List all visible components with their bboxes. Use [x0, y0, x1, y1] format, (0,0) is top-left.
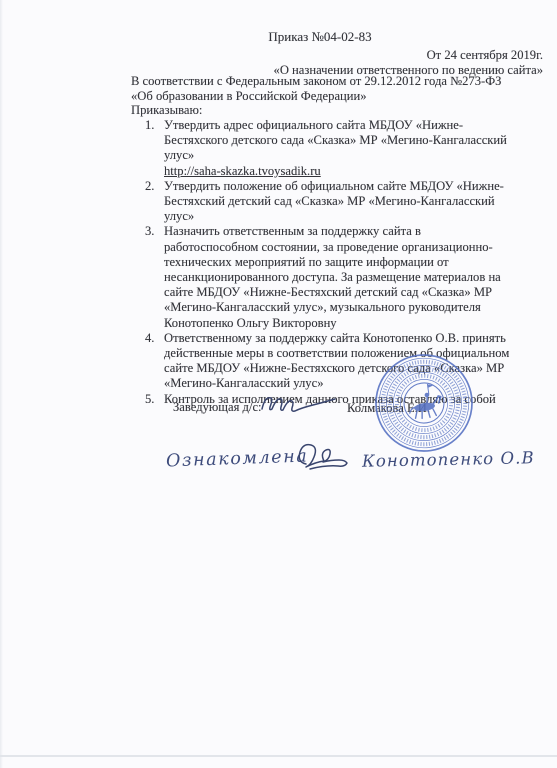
order-item: 3. Назначить ответственным за поддержку … [131, 224, 513, 330]
acknowledgement-signature [288, 438, 372, 482]
order-item-number: 4. [145, 331, 154, 346]
head-signature [256, 387, 338, 417]
order-item-text: Утвердить адрес официального сайта МБДОУ… [164, 118, 507, 162]
order-item-text: Утвердить положение об официальном сайте… [164, 179, 504, 223]
legal-basis-paragraph: В соответствии с Федеральным законом от … [131, 74, 519, 104]
order-item-number: 3. [145, 224, 154, 239]
order-item-text: Назначить ответственным за поддержку сай… [164, 224, 501, 329]
official-seal [368, 347, 481, 460]
scan-edge-left [0, 0, 3, 768]
order-item: 2. Утвердить положение об официальном са… [131, 179, 513, 225]
order-item-number: 2. [145, 179, 154, 194]
order-item-number: 5. [145, 392, 154, 407]
order-item-number: 1. [145, 118, 154, 133]
order-item: 1. Утвердить адрес официального сайта МБ… [131, 118, 513, 179]
acknowledgement-name: Конотопенко О.В [362, 450, 535, 469]
order-number: Приказ №04-02-83 [120, 29, 520, 44]
scan-edge-bottom [0, 755, 557, 757]
order-date: От 24 сентября 2019г. [200, 48, 543, 63]
signatory-role-label: Заведующая д/с: [173, 400, 262, 415]
scanned-order-document: Приказ №04-02-83 От 24 сентября 2019г. «… [0, 0, 557, 768]
site-url: http://saha-skazka.tvoysadik.ru [164, 164, 513, 179]
directive-word: Приказываю: [131, 103, 431, 118]
